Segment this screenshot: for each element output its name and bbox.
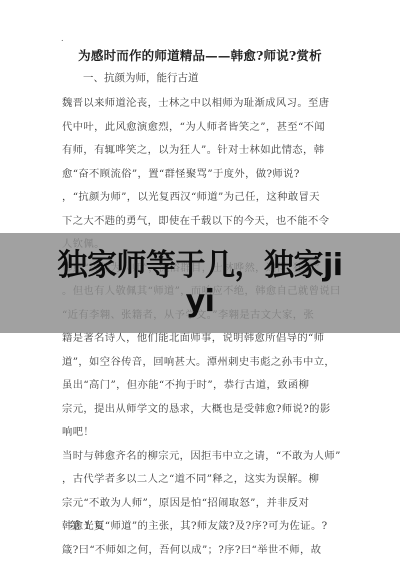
headline-line-1: 独家师等于几，独家ji (0, 248, 400, 284)
body-line: 代中叶，此风愈演愈烈，“为人师者皆笑之”，甚至“不闻 (62, 116, 342, 140)
headline-overlay: 独家师等于几，独家ji yi (0, 248, 400, 320)
body-line: 当时与韩愈齐名的柳宗元，因拒韦中立之请，“不敢为人师” (62, 445, 342, 469)
headline-line-2: yi (0, 284, 400, 320)
page-number: 第 1 页 (70, 518, 104, 533)
body-line: 愈“奋不顾流俗”，置“群怪聚骂”于度外，做?师说? (62, 163, 342, 187)
body-line: 魏晋以来师道沦丧，士林之中以相师为耻渐成风习。至唐 (62, 92, 342, 116)
body-line: 宗元“不敢为人师”，原因是怕“招闹取怒”，并非反对 (62, 492, 342, 516)
body-line: 道”，如空谷传音，回响甚大。潭州刺史韦彪之孙韦中立， (62, 351, 342, 375)
body-line: 箴?曰“不师如之何，吾何以成”；?序?曰“举世不师，故 (62, 539, 342, 563)
body-line: ，“抗颜为师”，以光复西汉“师道”为己任，这种敢冒天 (62, 186, 342, 210)
document-title: 为感时而作的师道精品——韩愈?师说?赏析 (0, 46, 400, 64)
body-line: 下之大不韪的勇气，即使在千载以下的今天，也不能不令 (62, 210, 342, 234)
body-line: 虽出“高门”，但亦能“不拘于时”，恭行古道，致函柳 (62, 374, 342, 398)
body-line: 宗元，提出从师学文的恳求，大概也是受韩愈?师说?的影 (62, 398, 342, 422)
top-mark: . (61, 34, 64, 43)
body-line: 有师，有辄哗笑之，以为狂人”。针对士林如此情态，韩 (62, 139, 342, 163)
body-line: 响吧！ (62, 421, 342, 445)
body-line: ，古代学者多以二人之“道不同”释之，这实为误解。柳 (62, 468, 342, 492)
section-heading: 一、抗颜为师，能行古道 (83, 70, 199, 85)
